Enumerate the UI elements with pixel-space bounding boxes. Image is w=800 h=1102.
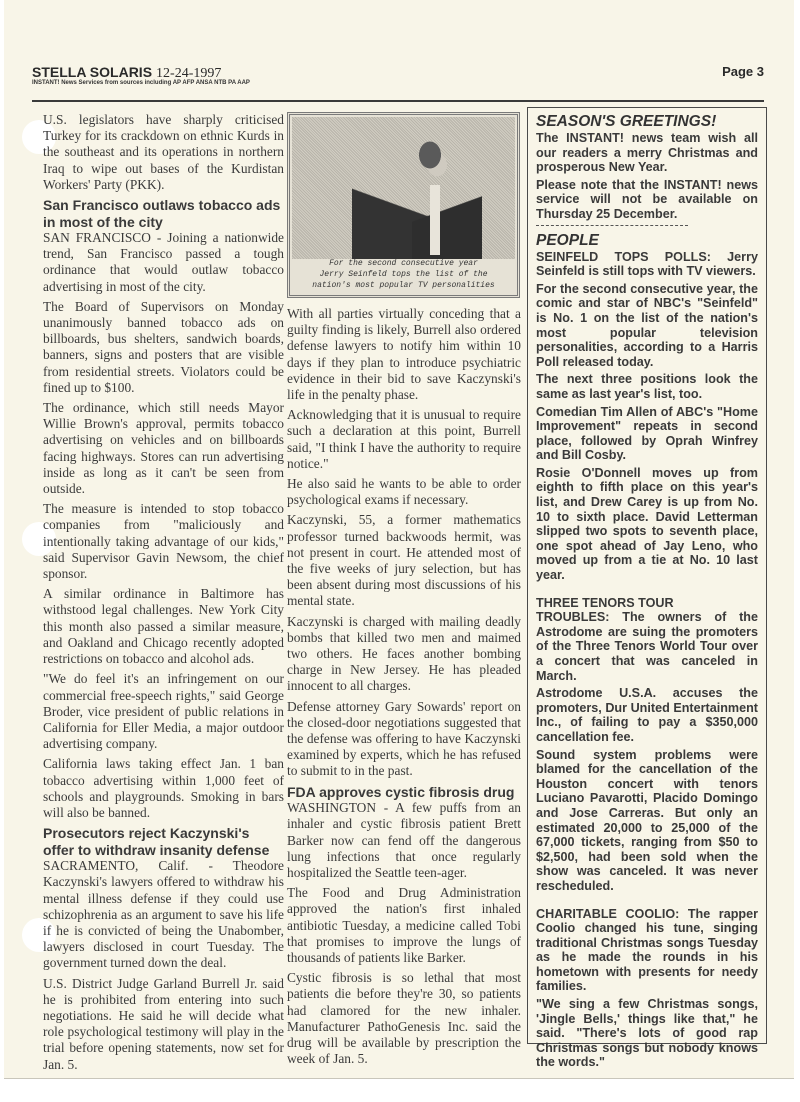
article-paragraph: WASHINGTON - A few puffs from an inhaler…: [287, 800, 521, 881]
people-paragraph: Sound system problems were blamed for th…: [536, 748, 758, 894]
photo-image: [292, 117, 515, 259]
dashed-divider: [536, 225, 688, 226]
publication-name: STELLA SOLARIS: [32, 64, 152, 80]
greetings-paragraph: The INSTANT! news team wish all our read…: [536, 131, 758, 175]
people-paragraph: "We sing a few Christmas songs, 'Jingle …: [536, 997, 758, 1070]
people-paragraph: Rosie O'Donnell moves up from eighth to …: [536, 466, 758, 583]
people-paragraph: SEINFELD TOPS POLLS: Jerry Seinfeld is s…: [536, 250, 758, 279]
spacer: [536, 586, 758, 596]
article-paragraph: Acknowledging that it is unusual to requ…: [287, 407, 521, 472]
column-left: U.S. legislators have sharply criticised…: [43, 112, 284, 1077]
people-paragraph: For the second consecutive year, the com…: [536, 282, 758, 370]
column-middle: For the second consecutive year Jerry Se…: [287, 112, 521, 1071]
article-paragraph: Cystic fibrosis is so lethal that most p…: [287, 970, 521, 1067]
caption-line: For the second consecutive year: [290, 258, 517, 269]
article-paragraph: "We do feel it's an infringement on our …: [43, 671, 284, 752]
greetings-paragraph: Please note that the INSTANT! news servi…: [536, 178, 758, 222]
article-paragraph: SAN FRANCISCO - Joining a nationwide tre…: [43, 230, 284, 295]
article-paragraph: With all parties virtually conceding tha…: [287, 306, 521, 403]
article-paragraph: He also said he wants to be able to orde…: [287, 476, 521, 508]
article-paragraph: Kaczynski, 55, a former mathematics prof…: [287, 512, 521, 609]
headline-kaczynski: Prosecutors reject Kaczynski's offer to …: [43, 825, 284, 858]
spacer: [536, 897, 758, 907]
news-sources: INSTANT! News Services from sources incl…: [32, 80, 250, 86]
people-paragraph: The next three positions look the same a…: [536, 372, 758, 401]
article-paragraph: The Food and Drug Administration approve…: [287, 885, 521, 966]
page-number: Page 3: [722, 64, 764, 79]
seinfeld-photo: For the second consecutive year Jerry Se…: [287, 112, 520, 298]
masthead: STELLA SOLARIS12-24-1997 INSTANT! News S…: [32, 64, 764, 102]
article-paragraph: U.S. District Judge Garland Burrell Jr. …: [43, 976, 284, 1073]
photo-detail: [430, 185, 440, 255]
people-paragraph: TROUBLES: The owners of the Astrodome ar…: [536, 610, 758, 683]
article-paragraph: Defense attorney Gary Sowards' report on…: [287, 699, 521, 780]
article-paragraph: California laws taking effect Jan. 1 ban…: [43, 756, 284, 821]
column-right-sidebar: SEASON'S GREETINGS! The INSTANT! news te…: [527, 107, 767, 1044]
people-heading: PEOPLE: [536, 232, 758, 250]
photo-caption: For the second consecutive year Jerry Se…: [290, 258, 517, 291]
article-paragraph: The measure is intended to stop tobacco …: [43, 501, 284, 582]
headline-sf-tobacco: San Francisco outlaws tobacco ads in mos…: [43, 197, 284, 230]
greetings-heading: SEASON'S GREETINGS!: [536, 113, 758, 131]
article-paragraph: SACRAMENTO, Calif. - Theodore Kaczynski'…: [43, 858, 284, 971]
headline-fda: FDA approves cystic fibrosis drug: [287, 784, 521, 801]
caption-line: Jerry Seinfeld tops the list of the: [290, 269, 517, 280]
article-paragraph: Kaczynski is charged with mailing deadly…: [287, 614, 521, 695]
caption-line: nation's most popular TV personalities: [290, 280, 517, 291]
people-paragraph: Comedian Tim Allen of ABC's "Home Improv…: [536, 405, 758, 463]
people-paragraph: Astrodome U.S.A. accuses the promoters, …: [536, 686, 758, 744]
article-paragraph: A similar ordinance in Baltimore has wit…: [43, 586, 284, 667]
article-paragraph: The ordinance, which still needs Mayor W…: [43, 400, 284, 497]
tenors-kicker: THREE TENORS TOUR: [536, 596, 758, 611]
article-paragraph: The Board of Supervisors on Monday unani…: [43, 299, 284, 396]
issue-date: 12-24-1997: [156, 66, 221, 81]
people-paragraph: CHARITABLE COOLIO: The rapper Coolio cha…: [536, 907, 758, 995]
turkey-brief: U.S. legislators have sharply criticised…: [43, 112, 284, 193]
